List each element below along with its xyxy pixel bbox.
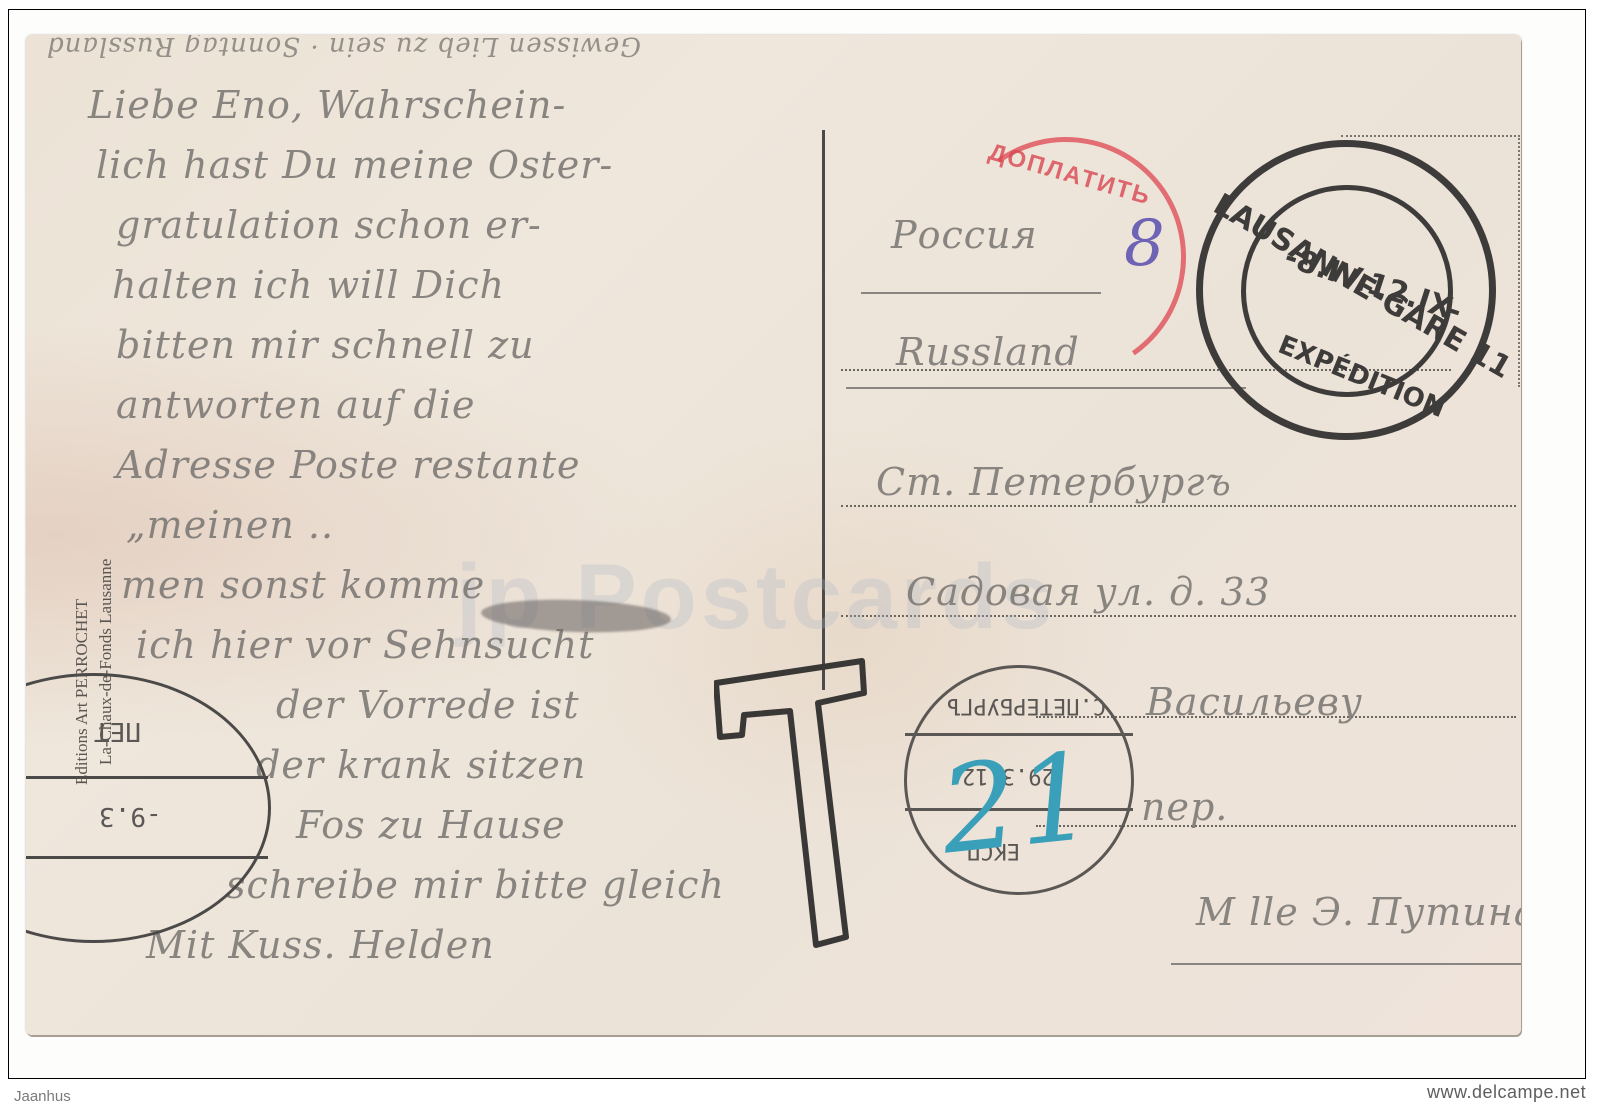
purple-annotation: 8 <box>1124 207 1165 281</box>
seller-name: Jaanhus <box>14 1088 71 1105</box>
address-lane: Васильеву <box>1146 680 1363 724</box>
address-recipient: М lle Э. Путина <box>1196 890 1521 934</box>
postage-due-t-mark <box>714 655 874 955</box>
address-street: Садовая ул. д. 33 <box>906 570 1271 614</box>
site-watermark: www.delcampe.net <box>1427 1082 1586 1103</box>
message-line: Fos zu Hause <box>296 803 566 847</box>
lausanne-postmark: LAUSANNE-GARE 11 -8.IV.12.IX- EXPÉDITION <box>1196 140 1496 440</box>
ru-postmark-top: С.ПЕТЕРБУРГЪ <box>947 693 1106 718</box>
message-line: schreibe mir bitte gleich <box>226 863 725 907</box>
address-line <box>841 505 1516 507</box>
message-line: der Vorrede ist <box>276 683 580 727</box>
message-line: lich hast Du meine Oster- <box>96 143 613 187</box>
message-line: halten ich will Dich <box>112 263 505 307</box>
message-line: Liebe Eno, Wahrschein- <box>88 83 566 127</box>
postcard-back: Editions Art PERROCHET La-Chaux-de-Fonds… <box>26 35 1521 1035</box>
underline <box>1171 963 1521 965</box>
message-line: der krank sitzen <box>256 743 586 787</box>
message-line: Adresse Poste restante <box>116 443 581 487</box>
message-line: bitten mir schnell zu <box>116 323 535 367</box>
message-line: antworten auf die <box>116 383 476 427</box>
address-lane-abbr: пер. <box>1141 785 1228 829</box>
message-line: Mit Kuss. Helden <box>146 923 495 967</box>
message-line: men sonst komme <box>121 563 485 607</box>
message-line: ich hier vor Sehnsucht <box>136 623 594 667</box>
upside-down-note: Gewissen Lieb zu sein · Sonntag Russland <box>46 35 641 61</box>
left-postmark-date: -9.3 <box>99 801 162 831</box>
address-city: Ст. Петербургъ <box>876 460 1232 504</box>
message-line: „meinen .. <box>126 503 334 547</box>
message-line: gratulation schon er- <box>116 203 542 247</box>
blue-annotation: 21 <box>934 727 1100 881</box>
underline <box>846 387 1246 389</box>
left-postmark-top: ПЕТ <box>94 716 141 746</box>
